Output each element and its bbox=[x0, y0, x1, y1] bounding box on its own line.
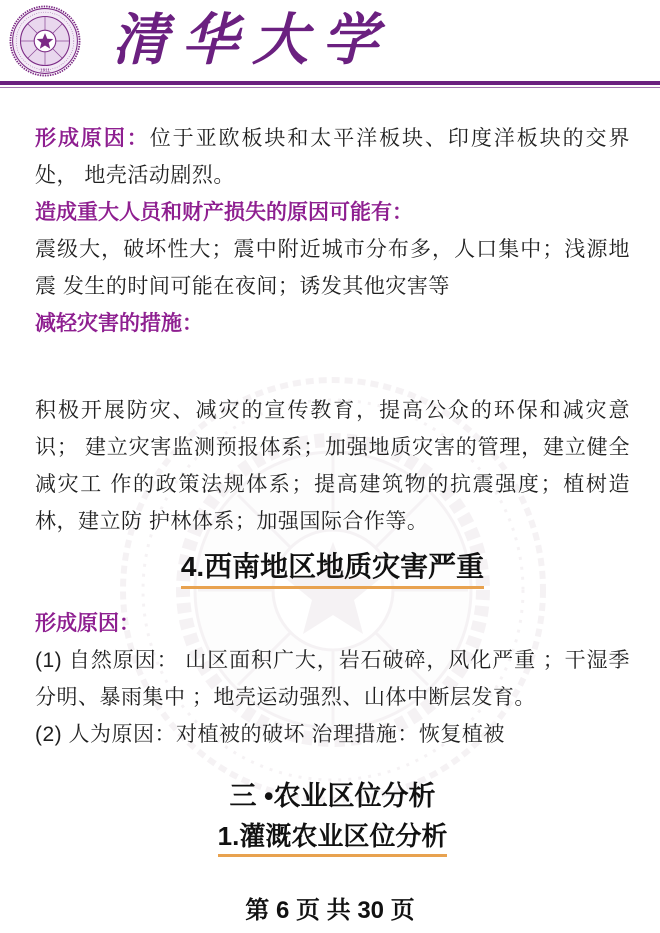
label-mitigation-measures: 减轻灾害的措施： bbox=[35, 305, 630, 342]
label-formation-cause-2: 形成原因： bbox=[35, 605, 630, 642]
label-loss-causes: 造成重大人员和财产损失的原因可能有： bbox=[35, 194, 630, 231]
heading-southwest-disasters-wrap: 4.西南地区地质灾害严重 bbox=[35, 550, 630, 589]
document-page: 1911 清华大学 形成原因：位于亚欧板块和太平洋板块、印度洋板块的交界处， 地… bbox=[0, 0, 660, 933]
heading-irrigation-agriculture: 1.灌溉农业区位分析 bbox=[218, 820, 448, 857]
university-name: 清华大学 bbox=[112, 4, 412, 76]
paragraph-loss-causes: 震级大，破坏性大；震中附近城市分布多，人口集中；浅源地震 发生的时间可能在夜间；… bbox=[35, 231, 630, 305]
header-divider-thick bbox=[0, 81, 660, 85]
blank-gap bbox=[35, 342, 630, 392]
heading-agriculture-location: 三 •农业区位分析 bbox=[35, 779, 630, 813]
paragraph-formation-cause: 形成原因：位于亚欧板块和太平洋板块、印度洋板块的交界处， 地壳活动剧烈。 bbox=[35, 120, 630, 194]
header-divider-thin bbox=[0, 87, 660, 88]
heading-irrigation-agriculture-wrap: 1.灌溉农业区位分析 bbox=[35, 820, 630, 857]
page-header: 1911 清华大学 bbox=[0, 0, 660, 90]
label-formation-cause: 形成原因： bbox=[35, 127, 150, 150]
document-body: 形成原因：位于亚欧板块和太平洋板块、印度洋板块的交界处， 地壳活动剧烈。 造成重… bbox=[0, 120, 660, 857]
heading-southwest-disasters: 4.西南地区地质灾害严重 bbox=[181, 550, 484, 589]
seal-year: 1911 bbox=[40, 68, 50, 73]
paragraph-natural-causes: (1) 自然原因： 山区面积广大，岩石破碎，风化严重 ；干湿季 分明、暴雨集中 … bbox=[35, 642, 630, 716]
page-number: 第 6 页 共 30 页 bbox=[0, 890, 660, 925]
paragraph-mitigation-measures: 积极开展防灾、减灾的宣传教育，提高公众的环保和减灾意识； 建立灾害监测预报体系；… bbox=[35, 392, 630, 540]
tsinghua-seal-icon: 1911 bbox=[9, 5, 81, 77]
paragraph-human-causes: (2) 人为原因：对植被的破坏 治理措施：恢复植被 bbox=[35, 716, 630, 753]
